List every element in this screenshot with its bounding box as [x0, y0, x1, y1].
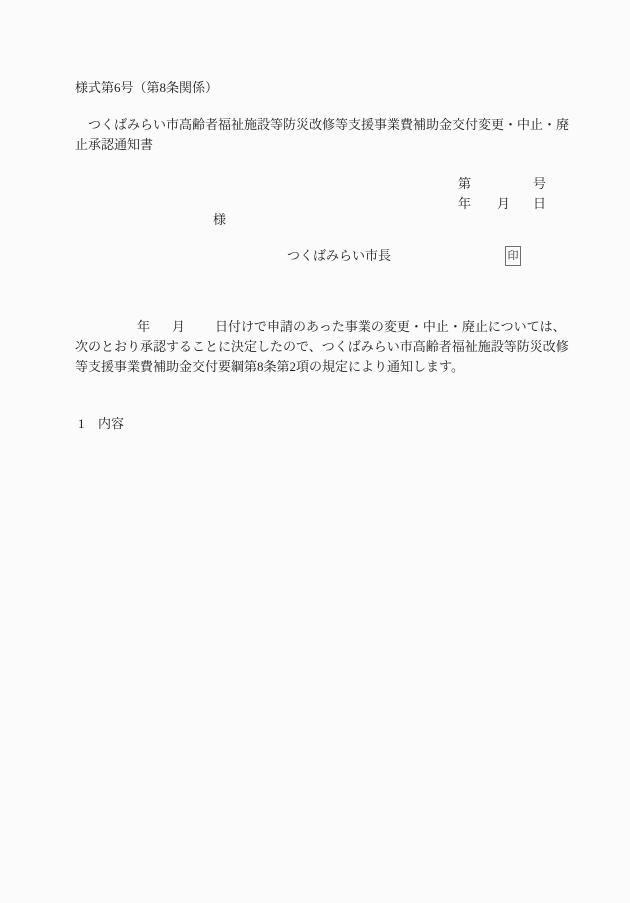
form-number: 様式第6号（第8条関係）	[75, 81, 218, 96]
doc-number-prefix: 第	[458, 177, 471, 192]
date-year-label: 年	[458, 197, 471, 212]
document-title-line1: つくばみらい市高齢者福祉施設等防災改修等支援事業費補助金交付変更・中止・廃	[88, 118, 569, 133]
doc-number-suffix: 号	[533, 177, 546, 192]
date-day-label: 日	[533, 197, 546, 212]
date-month-label: 月	[497, 197, 510, 212]
document-page: 様式第6号（第8条関係） つくばみらい市高齢者福祉施設等防災改修等支援事業費補助…	[0, 0, 630, 903]
section-label: 内容	[98, 417, 124, 432]
body-year-label: 年	[137, 320, 150, 335]
body-line3-text: 等支援事業費補助金交付要綱第8条第2項の規定により通知します。	[75, 360, 464, 375]
body-line2-text: 次のとおり承認することに決定したので、つくばみらい市高齢者福祉施設等防災改修	[75, 340, 569, 355]
addressee-honorific: 様	[213, 213, 226, 228]
section-number: 1	[78, 417, 85, 432]
body-line1-text: 日付けで申請のあった事業の変更・中止・廃止については、	[215, 320, 566, 335]
seal-placeholder-box: 印	[505, 246, 521, 266]
seal-label: 印	[508, 250, 519, 263]
sender-name: つくばみらい市長	[287, 249, 391, 264]
body-month-label: 月	[172, 320, 185, 335]
document-title-line2: 止承認通知書	[75, 138, 153, 153]
